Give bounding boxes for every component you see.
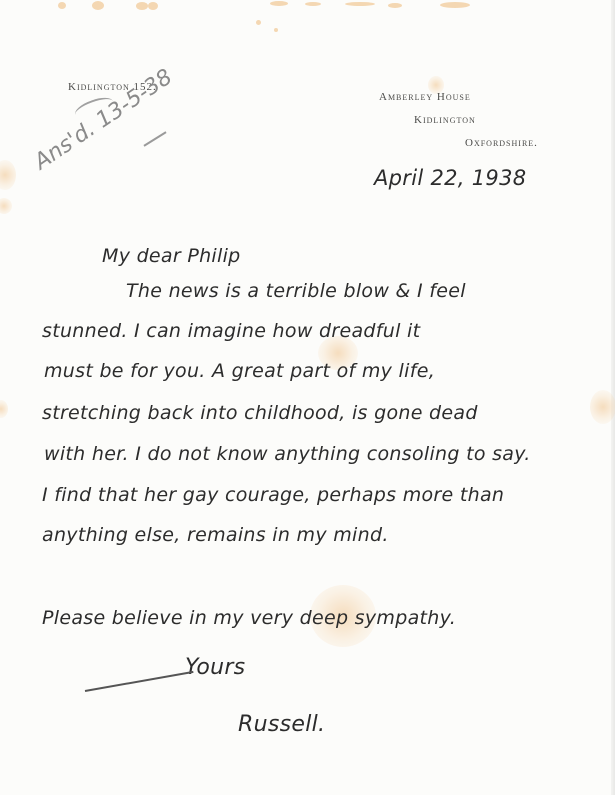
body-line: Please believe in my very deep sympathy. [42, 607, 456, 629]
foxing-spot [305, 2, 321, 6]
foxing-spot [58, 2, 66, 9]
foxing-spot [148, 2, 158, 10]
foxing-stain [590, 390, 615, 424]
foxing-spot [440, 2, 470, 8]
signature: Russell. [238, 712, 325, 737]
body-line: stretching back into childhood, is gone … [42, 402, 478, 424]
foxing-spot [136, 2, 148, 10]
body-line: I find that her gay courage, perhaps mor… [42, 484, 504, 506]
letterhead-address-line-1: Amberley House [379, 91, 471, 103]
body-line: stunned. I can imagine how dreadful it [42, 320, 420, 342]
closing: Yours [185, 655, 245, 680]
body-line: The news is a terrible blow & I feel [126, 280, 466, 302]
body-line: with her. I do not know anything consoli… [44, 443, 531, 465]
foxing-spot [92, 1, 104, 10]
foxing-spot [274, 28, 278, 32]
letterhead-address-line-3: Oxfordshire. [465, 137, 538, 149]
salutation: My dear Philip [102, 245, 241, 267]
body-line: must be for you. A great part of my life… [44, 360, 435, 382]
letter-date: April 22, 1938 [374, 166, 526, 190]
foxing-spot [345, 2, 375, 6]
letterhead-address-line-2: Kidlington [414, 114, 476, 126]
foxing-spot [270, 1, 288, 6]
body-line: anything else, remains in my mind. [42, 524, 389, 546]
foxing-spot [388, 3, 402, 8]
foxing-spot [256, 20, 261, 25]
